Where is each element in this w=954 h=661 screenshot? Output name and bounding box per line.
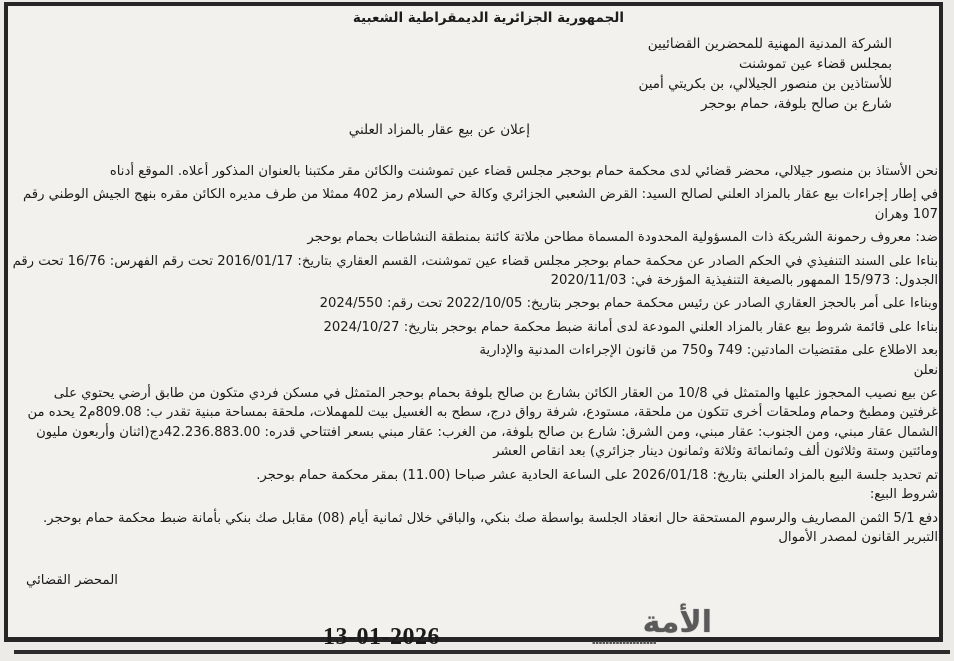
bottom-rule [14, 650, 950, 654]
company-line: بمجلس قضاء عين تموشنت [638, 54, 892, 74]
session-paragraph: تم تحديد جلسة البيع بالمزاد العلني بتاري… [12, 466, 938, 485]
signature-label: المحضر القضائي [26, 573, 118, 588]
procedure-paragraph: في إطار إجراءات بيع عقار بالمزاد العلني … [12, 185, 938, 224]
publication-date: 13-01-2026 [323, 624, 440, 651]
company-line: شارع بن صالح بلوفة، حمام بوحجر [638, 94, 892, 114]
terms-payment: دفع 5/1 الثمن المصاريف والرسوم المستحقة … [12, 509, 938, 528]
against-paragraph: ضد: معروف رحمونة الشريكة ذات المسؤولية ا… [12, 228, 938, 247]
terms-heading: شروط البيع: [12, 485, 938, 504]
announcement-title: إعلان عن بيع عقار بالمزاد العلني [349, 122, 530, 138]
company-header: الشركة المدنية المهنية للمحضرين القضائيي… [638, 34, 892, 114]
judgment-paragraph: بناءا على السند التنفيذي في الحكم الصادر… [12, 252, 938, 291]
terms-source: التبرير القانون لمصدر الأموال [12, 528, 938, 547]
legal-basis-paragraph: بعد الاطلاع على مقتضيات المادتين: 749 و7… [12, 341, 938, 360]
newspaper-logo-text: الأمة [643, 606, 712, 640]
intro-paragraph: نحن الأستاذ بن منصور جيلالي، محضر قضائي … [12, 162, 938, 181]
property-paragraph: عن بيع نصيب المحجوز عليها والمتمثل في 10… [12, 384, 938, 462]
company-line: للأستاذين بن منصور الجيلالي، بن بكريتي أ… [638, 74, 892, 94]
company-line: الشركة المدنية المهنية للمحضرين القضائيي… [638, 34, 892, 54]
seizure-order-paragraph: وبناءا على أمر بالحجز العقاري الصادر عن … [12, 294, 938, 313]
announcement-body: نحن الأستاذ بن منصور جيلالي، محضر قضائي … [12, 162, 938, 547]
newspaper-logo: الأمة ▪▪▪▪▪▪▪▪▪▪▪▪▪▪▪▪▪▪▪ [590, 606, 712, 646]
conditions-list-paragraph: بناءا على قائمة شروط بيع عقار بالمزاد ال… [12, 318, 938, 337]
logo-tagline-decoration: ▪▪▪▪▪▪▪▪▪▪▪▪▪▪▪▪▪▪▪ [592, 640, 656, 646]
announce-word: نعلن [12, 361, 938, 380]
republic-heading: الجمهورية الجزائرية الديمقراطية الشعبية [353, 10, 624, 26]
